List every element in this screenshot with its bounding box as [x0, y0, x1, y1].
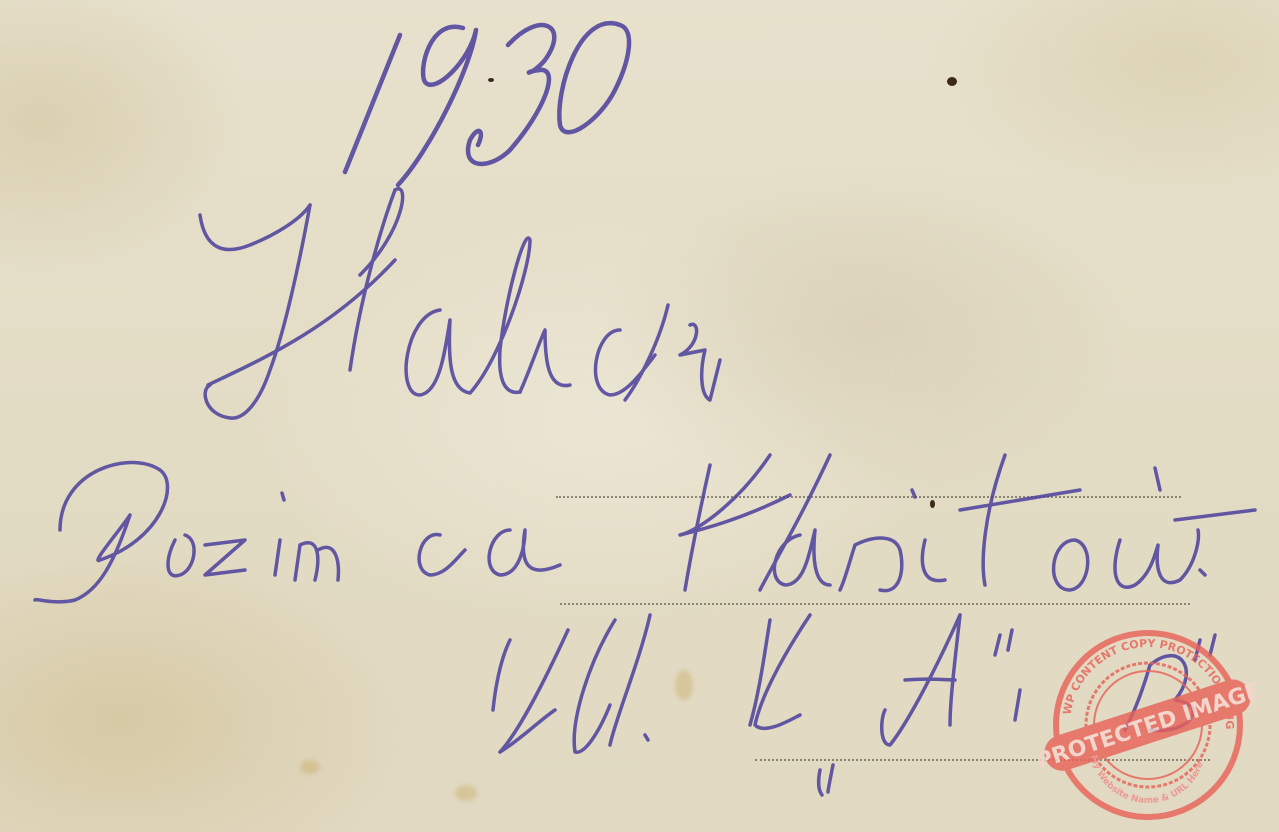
- handwriting-subject-1: [35, 463, 560, 602]
- handwriting-place: [200, 189, 720, 418]
- protected-image-stamp: WP CONTENT COPY PROTECTION PLUGIN PROTEC…: [1040, 625, 1255, 820]
- handwriting-subject-2: [680, 455, 1255, 591]
- postcard-back: 1930 Halicz Bożnica Karaitów Kl. V „A” i…: [0, 0, 1279, 832]
- handwriting-year: [345, 23, 629, 185]
